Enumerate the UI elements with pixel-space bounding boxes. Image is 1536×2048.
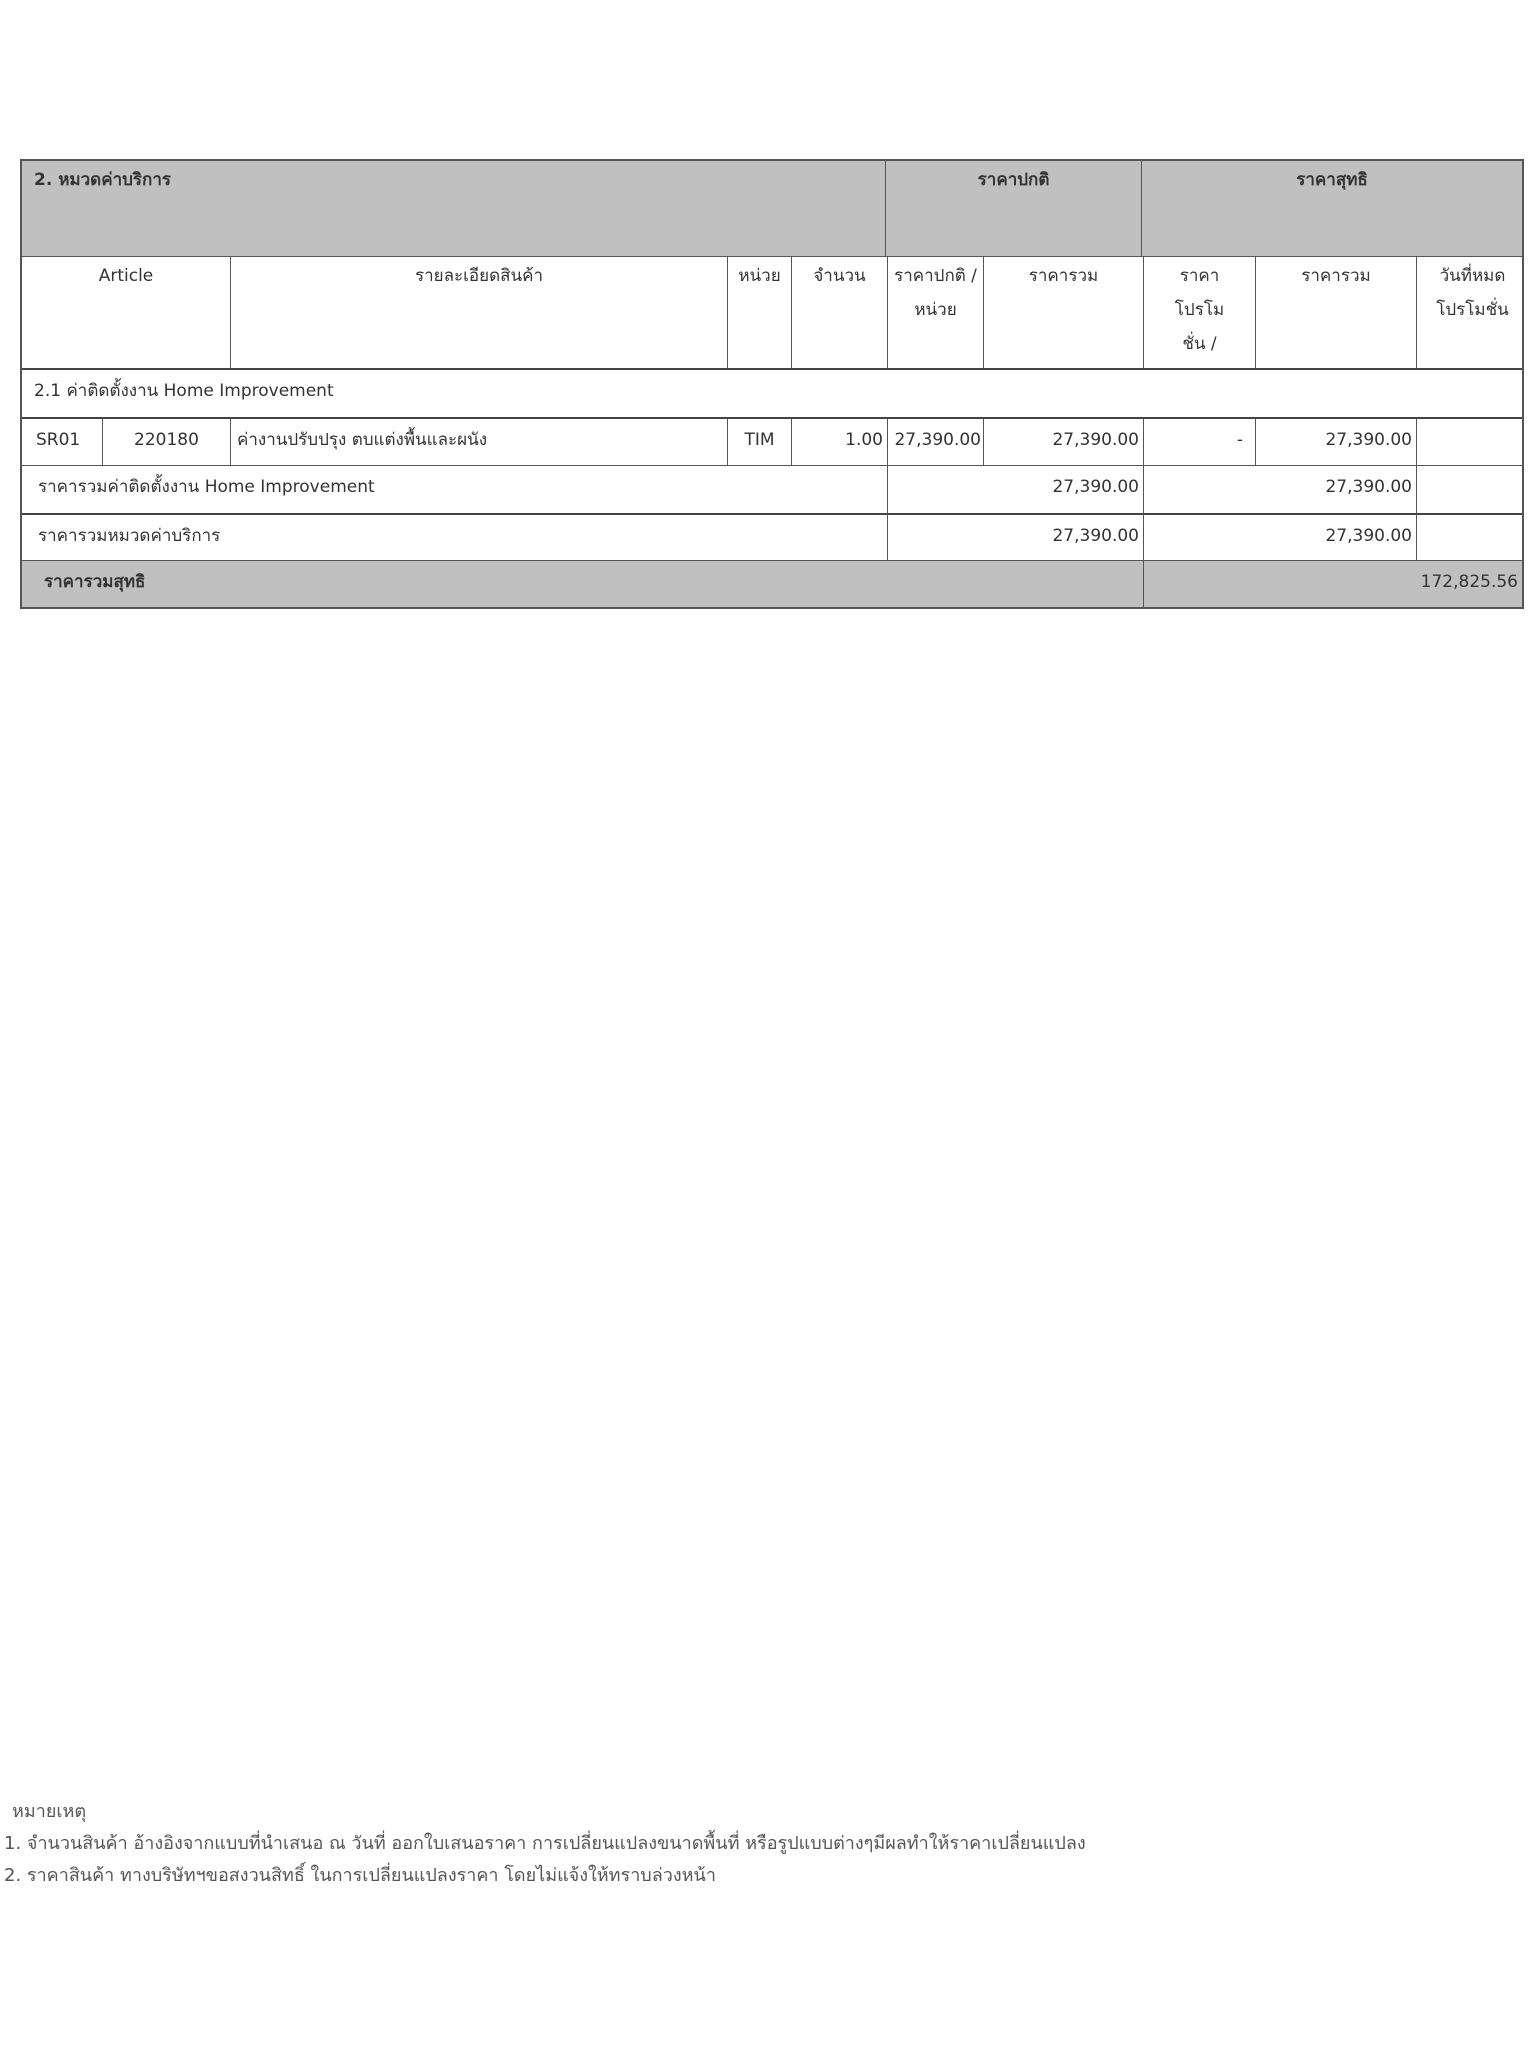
category-total-empty-cell	[1416, 513, 1522, 560]
column-header-normal-unit-price: ราคาปกติ /หน่วย	[887, 256, 983, 368]
item-unit: TIM	[727, 417, 791, 465]
section-title: 2. หมวดค่าบริการ	[22, 161, 885, 256]
grand-total-value: 172,825.56	[1143, 560, 1522, 607]
grand-total-label: ราคารวมสุทธิ	[22, 560, 1143, 607]
column-header-promo-end-date: วันที่หมด โปรโมชั่น	[1416, 256, 1522, 368]
column-header-description: รายละเอียดสินค้า	[230, 256, 727, 368]
notes-section: หมายเหตุ 1. จำนวนสินค้า อ้างอิงจากแบบที่…	[0, 1796, 1086, 1892]
item-description: ค่างานปรับปรุง ตบแต่งพื้นและผนัง	[230, 417, 727, 465]
group-header-net-price: ราคาสุทธิ	[1141, 161, 1522, 256]
note-line-2: 2. ราคาสินค้า ทางบริษัทฯขอสงวนสิทธิ์ ในก…	[0, 1860, 1086, 1892]
item-article: 220180	[102, 417, 230, 465]
item-promo-end-date	[1416, 417, 1522, 465]
column-header-article: Article	[22, 256, 230, 368]
item-normal-total: 27,390.00	[983, 417, 1143, 465]
column-header-promo-unit-price: ราคา โปรโมชั่น /หน่วย	[1143, 256, 1255, 368]
subtotal-label: ราคารวมค่าติดตั้งงาน Home Improvement	[22, 465, 887, 513]
column-header-net-total: ราคารวม	[1255, 256, 1416, 368]
subtotal-net: 27,390.00	[1143, 465, 1416, 513]
service-category-table: 2. หมวดค่าบริการ ราคาปกติ ราคาสุทธิ Arti…	[20, 159, 1524, 609]
column-header-unit: หน่วย	[727, 256, 791, 368]
category-total-net: 27,390.00	[1143, 513, 1416, 560]
item-code: SR01	[22, 417, 102, 465]
column-header-quantity: จำนวน	[791, 256, 887, 368]
subtotal-empty-cell	[1416, 465, 1522, 513]
item-quantity: 1.00	[791, 417, 887, 465]
item-normal-unit-price: 27,390.00	[887, 417, 983, 465]
note-line-1: 1. จำนวนสินค้า อ้างอิงจากแบบที่นำเสนอ ณ …	[0, 1828, 1086, 1860]
item-net-total: 27,390.00	[1255, 417, 1416, 465]
subsection-title: 2.1 ค่าติดตั้งงาน Home Improvement	[22, 368, 1522, 417]
category-total-label: ราคารวมหมวดค่าบริการ	[22, 513, 887, 560]
group-header-normal-price: ราคาปกติ	[885, 161, 1141, 256]
column-header-normal-total: ราคารวม	[983, 256, 1143, 368]
category-total-normal: 27,390.00	[887, 513, 1143, 560]
notes-title: หมายเหตุ	[0, 1796, 1086, 1828]
subtotal-normal: 27,390.00	[887, 465, 1143, 513]
item-promo-unit-price: -	[1143, 417, 1255, 465]
